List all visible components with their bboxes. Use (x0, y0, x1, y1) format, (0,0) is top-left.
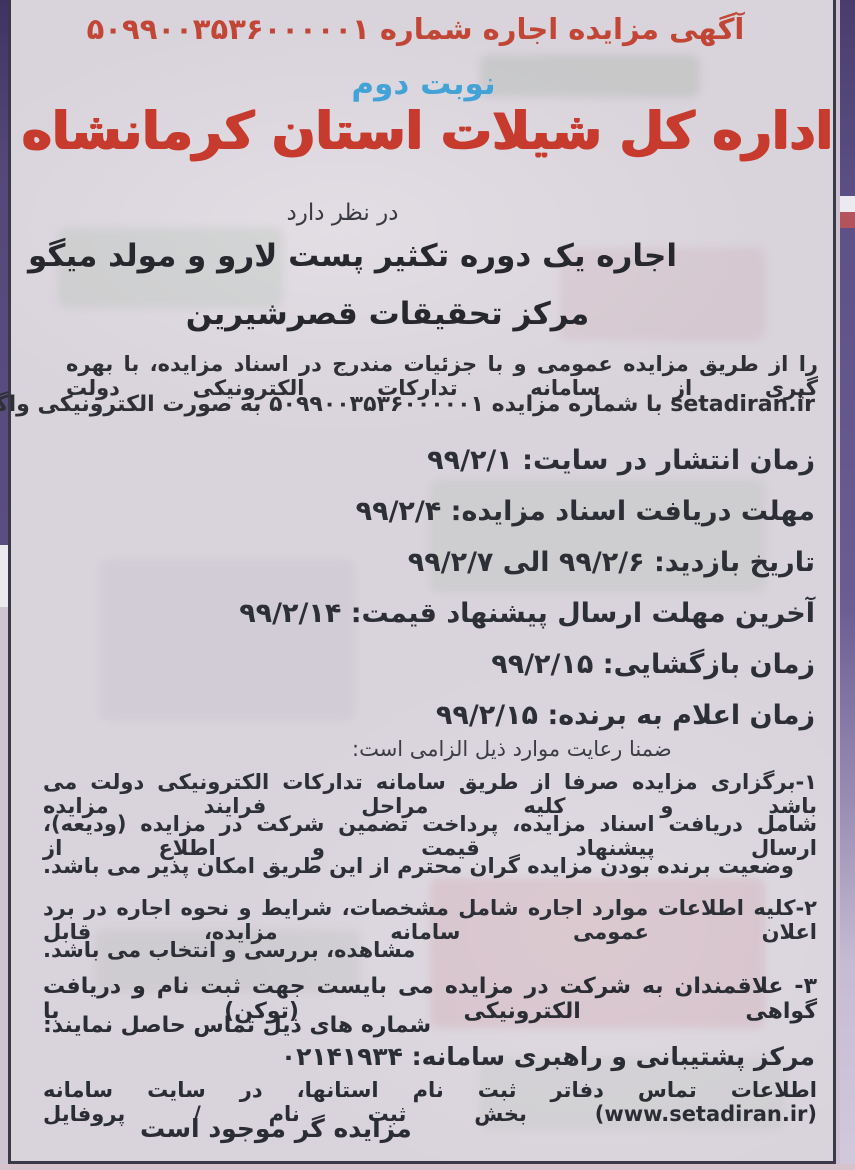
requirement-item-3-line-2: شماره های ذیل تماس حاصل نمایند: (43, 1013, 431, 1038)
intro-paragraph-line-2: setadiran.ir با شماره مزایده ۵۰۹۹۰۰۳۵۳۶۰… (0, 392, 815, 417)
schedule-label: زمان بازگشایی: (603, 649, 815, 680)
registration-info-line-2: مزایده گر موجود است (140, 1114, 412, 1143)
auction-location-line: مرکز تحقیقات قصرشیرین (0, 296, 815, 332)
requirement-item-1-line-3: وضعیت برنده بودن مزایده گران محترم از ای… (43, 854, 794, 878)
support-center-line: مرکز پشتیبانی و راهبری سامانه: ۰۲۱۴۱۹۳۴ (281, 1042, 815, 1071)
auction-notice-headline: آگهی مزایده اجاره شماره ۵۰۹۹۰۰۳۵۳۶۰۰۰۰۰۱ (0, 12, 843, 46)
schedule-value: ۹۹/۲/۱ (427, 445, 513, 476)
left-page-margin (0, 607, 8, 1170)
requirement-item-2-line-1: ۲-کلیه اطلاعات موارد اجاره شامل مشخصات، … (43, 896, 817, 944)
schedule-label: مهلت دریافت اسناد مزایده: (451, 496, 815, 527)
right-divider-red-band (840, 212, 855, 228)
support-label: مرکز پشتیبانی و راهبری سامانه: (412, 1042, 815, 1071)
schedule-value: ۹۹/۲/۱۵ (491, 649, 593, 680)
round-label: نوبت دوم (0, 66, 851, 102)
schedule-label: زمان انتشار در سایت: (522, 445, 815, 476)
organization-title: اداره کل شیلات استان کرمانشاه (0, 102, 855, 161)
schedule-label: زمان اعلام به برنده: (547, 700, 815, 731)
requirement-item-1-line-1: ۱-برگزاری مزایده صرفا از طریق سامانه تدا… (43, 770, 817, 818)
schedule-value: ۹۹/۲/۱۴ (239, 598, 341, 629)
schedule-row-publish-date: زمان انتشار در سایت: ۹۹/۲/۱ (427, 445, 815, 476)
intends-line: در نظر دارد (0, 200, 770, 226)
schedule-row-document-deadline: مهلت دریافت اسناد مزایده: ۹۹/۲/۴ (356, 496, 815, 527)
auction-subject-line: اجاره یک دوره تکثیر پست لارو و مولد میگو (0, 238, 780, 274)
right-divider-white-band (840, 196, 855, 212)
requirement-item-1-line-2: شامل دریافت اسناد مزایده، پرداخت تضمین ش… (43, 812, 817, 860)
requirements-intro-line: ضمنا رعایت موارد ذیل الزامی است: (352, 737, 672, 761)
right-column-divider-bar-lower (840, 228, 855, 1170)
newspaper-auction-notice-page: آگهی مزایده اجاره شماره ۵۰۹۹۰۰۳۵۳۶۰۰۰۰۰۱… (0, 0, 855, 1170)
schedule-value: ۹۹/۲/۴ (356, 496, 442, 527)
support-phone-number: ۰۲۱۴۱۹۳۴ (281, 1042, 403, 1071)
bottom-page-margin (0, 1164, 855, 1170)
schedule-label: آخرین مهلت ارسال پیشنهاد قیمت: (351, 598, 815, 629)
schedule-row-visit-date: تاریخ بازدید: ۹۹/۲/۶ الی ۹۹/۲/۷ (408, 547, 815, 578)
schedule-label: تاریخ بازدید: (654, 547, 815, 578)
schedule-row-winner-announcement: زمان اعلام به برنده: ۹۹/۲/۱۵ (436, 700, 815, 731)
schedule-row-bid-deadline: آخرین مهلت ارسال پیشنهاد قیمت: ۹۹/۲/۱۴ (239, 598, 815, 629)
schedule-value: ۹۹/۲/۶ الی ۹۹/۲/۷ (408, 547, 645, 578)
requirement-item-2-line-2: مشاهده، بررسی و انتخاب می باشد. (43, 938, 415, 962)
schedule-row-opening-date: زمان بازگشایی: ۹۹/۲/۱۵ (491, 649, 815, 680)
schedule-value: ۹۹/۲/۱۵ (436, 700, 538, 731)
